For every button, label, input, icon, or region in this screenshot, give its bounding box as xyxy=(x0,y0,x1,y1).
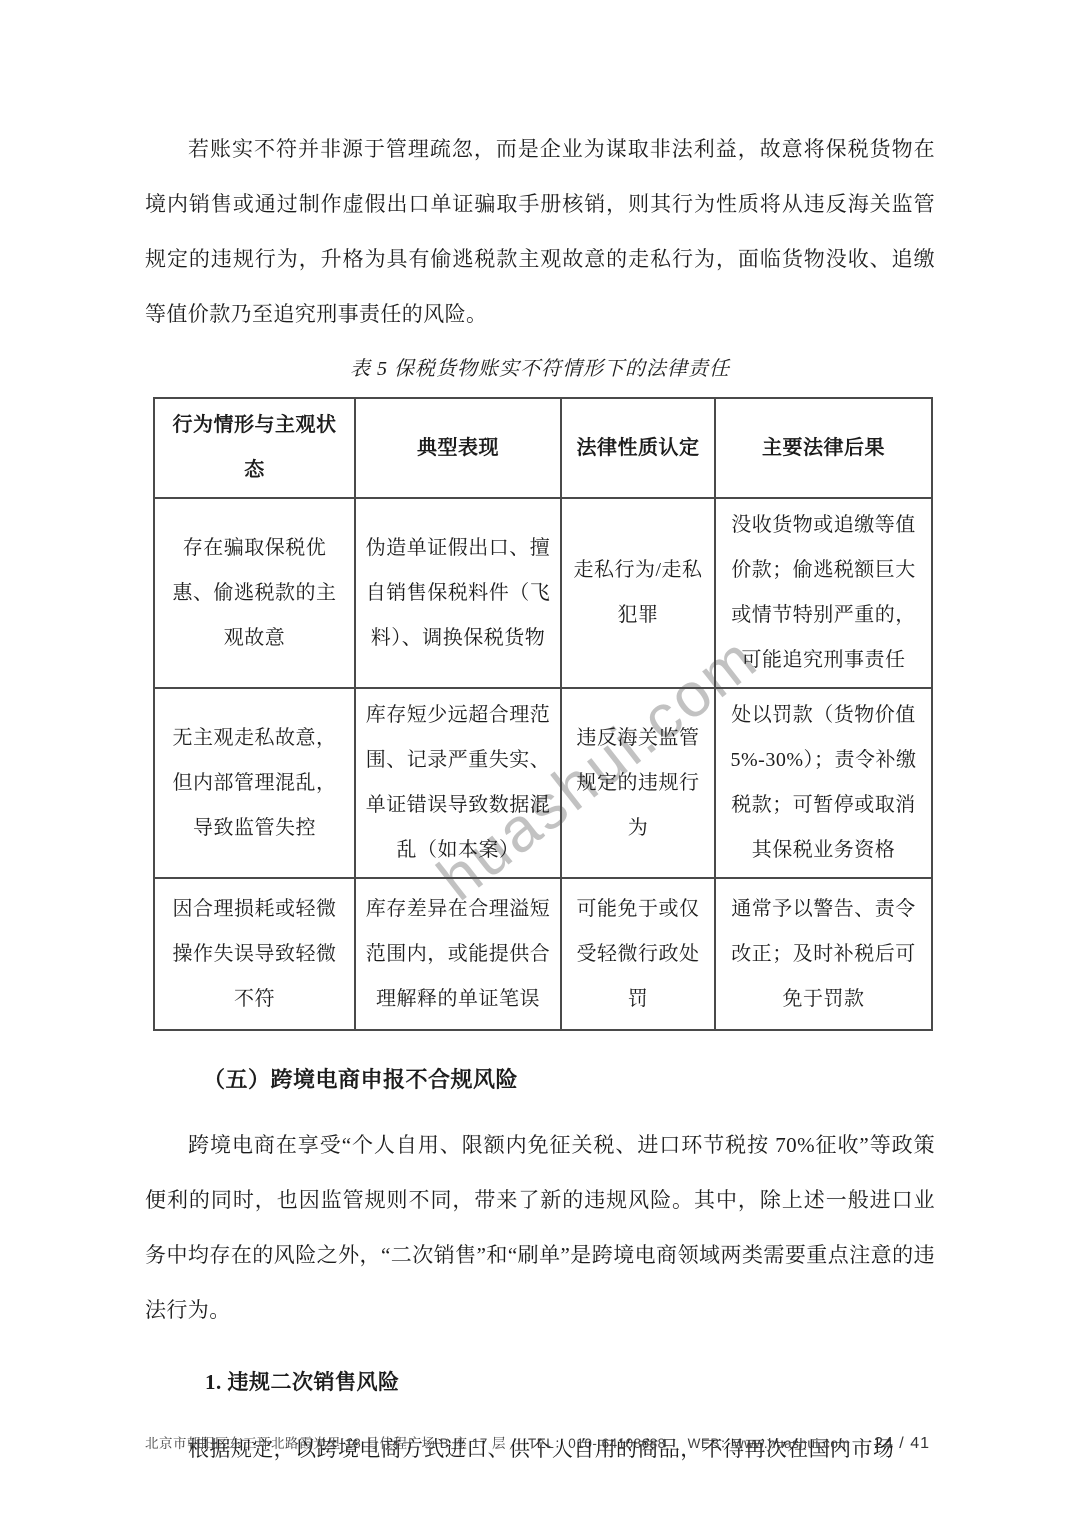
table-caption: 表 5 保税货物账实不符情形下的法律责任 xyxy=(145,352,935,381)
paragraph-smuggling-risk: 若账实不符并非源于管理疏忽，而是企业为谋取非法利益，故意将保税货物在境内销售或通… xyxy=(145,122,935,342)
cell-r2-consequence: 处以罚款（货物价值5%-30%）；责令补缴税款；可暂停或取消其保税业务资格 xyxy=(715,688,932,878)
legal-liability-table: 行为情形与主观状态 典型表现 法律性质认定 主要法律后果 存在骗取保税优惠、偷逃… xyxy=(153,397,933,1031)
cell-r3-manifestation: 库存差异在合理溢短范围内，或能提供合理解释的单证笔误 xyxy=(355,878,561,1030)
table-header-row: 行为情形与主观状态 典型表现 法律性质认定 主要法律后果 xyxy=(154,398,932,498)
table-row: 因合理损耗或轻微操作失误导致轻微不符 库存差异在合理溢短范围内，或能提供合理解释… xyxy=(154,878,932,1030)
header-behavior-state: 行为情形与主观状态 xyxy=(154,398,355,498)
cell-r2-manifestation: 库存短少远超合理范围、记录严重失实、单证错误导致数据混乱（如本案） xyxy=(355,688,561,878)
cell-r3-behavior: 因合理损耗或轻微操作失误导致轻微不符 xyxy=(154,878,355,1030)
table-row: 无主观走私故意，但内部管理混乱，导致监管失控 库存短少远超合理范围、记录严重失实… xyxy=(154,688,932,878)
footer-tel: TEL：010- 64108688 xyxy=(528,1432,666,1452)
cell-r3-consequence: 通常予以警告、责令改正；及时补税后可免于罚款 xyxy=(715,878,932,1030)
cell-r2-behavior: 无主观走私故意，但内部管理混乱，导致监管失控 xyxy=(154,688,355,878)
cell-r1-behavior: 存在骗取保税优惠、偷逃税款的主观故意 xyxy=(154,498,355,688)
header-legal-consequence: 主要法律后果 xyxy=(715,398,932,498)
paragraph-cross-border-intro: 跨境电商在享受“个人自用、限额内免征关税、进口环节税按 70%征收”等政策便利的… xyxy=(145,1118,935,1338)
table-row: 存在骗取保税优惠、偷逃税款的主观故意 伪造单证假出口、擅自销售保税料件（飞料）、… xyxy=(154,498,932,688)
page-number: 24 / 41 xyxy=(874,1435,930,1453)
header-typical-manifestation: 典型表现 xyxy=(355,398,561,498)
cell-r1-nature: 走私行为/走私犯罪 xyxy=(561,498,715,688)
footer-web: WEB：www.huashui.com xyxy=(688,1432,851,1452)
document-page: huashui.com 若账实不符并非源于管理疏忽，而是企业为谋取非法利益，故意… xyxy=(0,0,1080,1528)
cell-r3-nature: 可能免于或仅受轻微行政处罚 xyxy=(561,878,715,1030)
cell-r1-consequence: 没收货物或追缴等值价款；偷逃税额巨大或情节特别严重的，可能追究刑事责任 xyxy=(715,498,932,688)
cell-r1-manifestation: 伪造单证假出口、擅自销售保税料件（飞料）、调换保税货物 xyxy=(355,498,561,688)
header-legal-nature: 法律性质认定 xyxy=(561,398,715,498)
page-content: 若账实不符并非源于管理疏忽，而是企业为谋取非法利益，故意将保税货物在境内销售或通… xyxy=(0,0,1080,1477)
footer-address: 北京市朝阳区东三环北路霞光里 18 号佳程广场 B 座 17 层 xyxy=(145,1432,506,1452)
page-footer: 北京市朝阳区东三环北路霞光里 18 号佳程广场 B 座 17 层 TEL：010… xyxy=(145,1432,930,1453)
section-heading-cross-border: （五）跨境电商申报不合规风险 xyxy=(203,1063,935,1094)
subsection-heading-resale-risk: 1. 违规二次销售风险 xyxy=(205,1366,935,1396)
cell-r2-nature: 违反海关监管规定的违规行为 xyxy=(561,688,715,878)
